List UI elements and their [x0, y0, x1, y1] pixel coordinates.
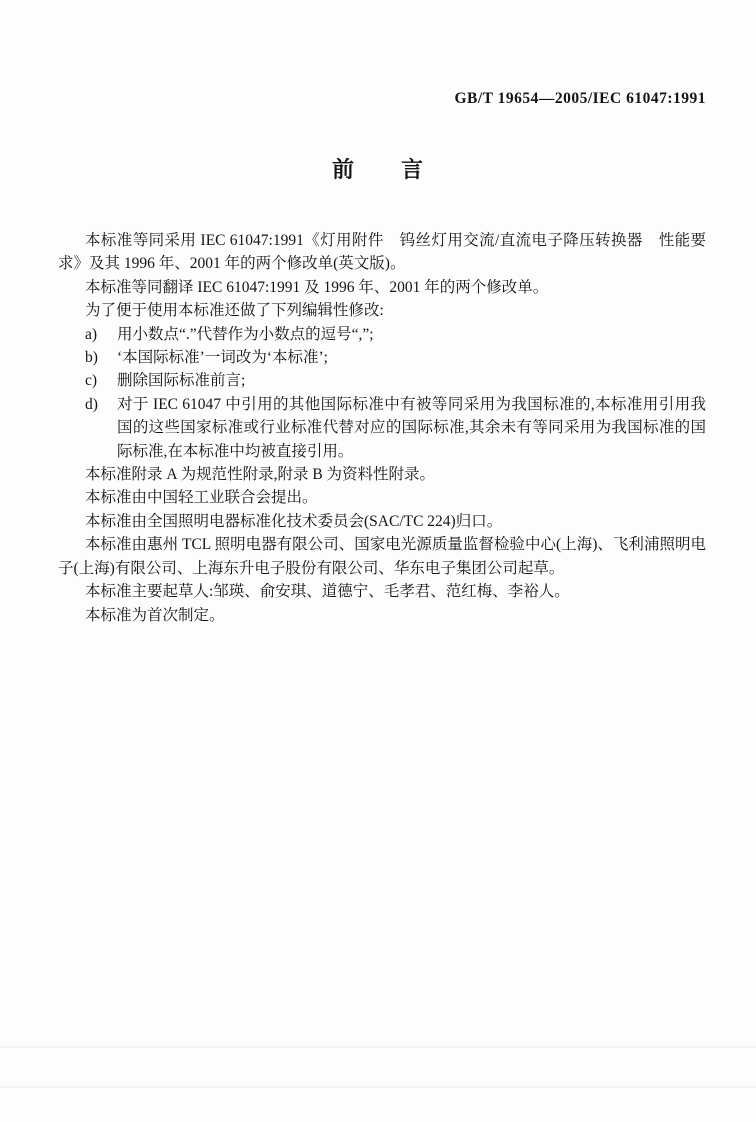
page-title: 前 言: [0, 153, 756, 184]
list-item-text: ‘本国际标准’一词改为‘本标准’;: [117, 349, 328, 366]
list-marker: b): [85, 346, 98, 369]
list-item-d: d) 对于 IEC 61047 中引用的其他国际标准中有被等同采用为我国标准的,…: [58, 393, 706, 463]
list-item-c: c) 删除国际标准前言;: [58, 369, 706, 392]
paragraph-drafters: 本标准主要起草人:邹瑛、俞安琪、道德宁、毛孝君、范红梅、李裕人。: [58, 580, 706, 603]
paragraph-first-edition: 本标准为首次制定。: [58, 604, 706, 627]
paragraph-committee: 本标准由全国照明电器标准化技术委员会(SAC/TC 224)归口。: [58, 510, 706, 533]
list-marker: a): [85, 323, 97, 346]
paragraph-editorial-intro: 为了便于使用本标准还做了下列编辑性修改:: [58, 299, 706, 322]
list-item-text: 对于 IEC 61047 中引用的其他国际标准中有被等同采用为我国标准的,本标准…: [117, 396, 706, 460]
scan-artifact-line: [0, 1086, 756, 1088]
list-item-text: 删除国际标准前言;: [117, 372, 245, 389]
paragraph-drafting-organizations: 本标准由惠州 TCL 照明电器有限公司、国家电光源质量监督检验中心(上海)、飞利…: [58, 533, 706, 580]
list-marker: c): [85, 369, 97, 392]
list-marker: d): [85, 393, 98, 416]
paragraph-annexes: 本标准附录 A 为规范性附录,附录 B 为资料性附录。: [58, 463, 706, 486]
list-item-text: 用小数点“.”代替作为小数点的逗号“,”;: [117, 326, 374, 343]
paragraph-adoption: 本标准等同采用 IEC 61047:1991《灯用附件 钨丝灯用交流/直流电子降…: [58, 229, 706, 276]
paragraph-proposed-by: 本标准由中国轻工业联合会提出。: [58, 486, 706, 509]
standard-number: GB/T 19654—2005/IEC 61047:1991: [454, 90, 706, 108]
foreword-body: 本标准等同采用 IEC 61047:1991《灯用附件 钨丝灯用交流/直流电子降…: [58, 229, 706, 627]
list-item-a: a) 用小数点“.”代替作为小数点的逗号“,”;: [58, 323, 706, 346]
paragraph-translation: 本标准等同翻译 IEC 61047:1991 及 1996 年、2001 年的两…: [58, 276, 706, 299]
scan-artifact-line: [0, 1046, 756, 1048]
document-page: GB/T 19654—2005/IEC 61047:1991 前 言 本标准等同…: [0, 0, 756, 1122]
list-item-b: b) ‘本国际标准’一词改为‘本标准’;: [58, 346, 706, 369]
